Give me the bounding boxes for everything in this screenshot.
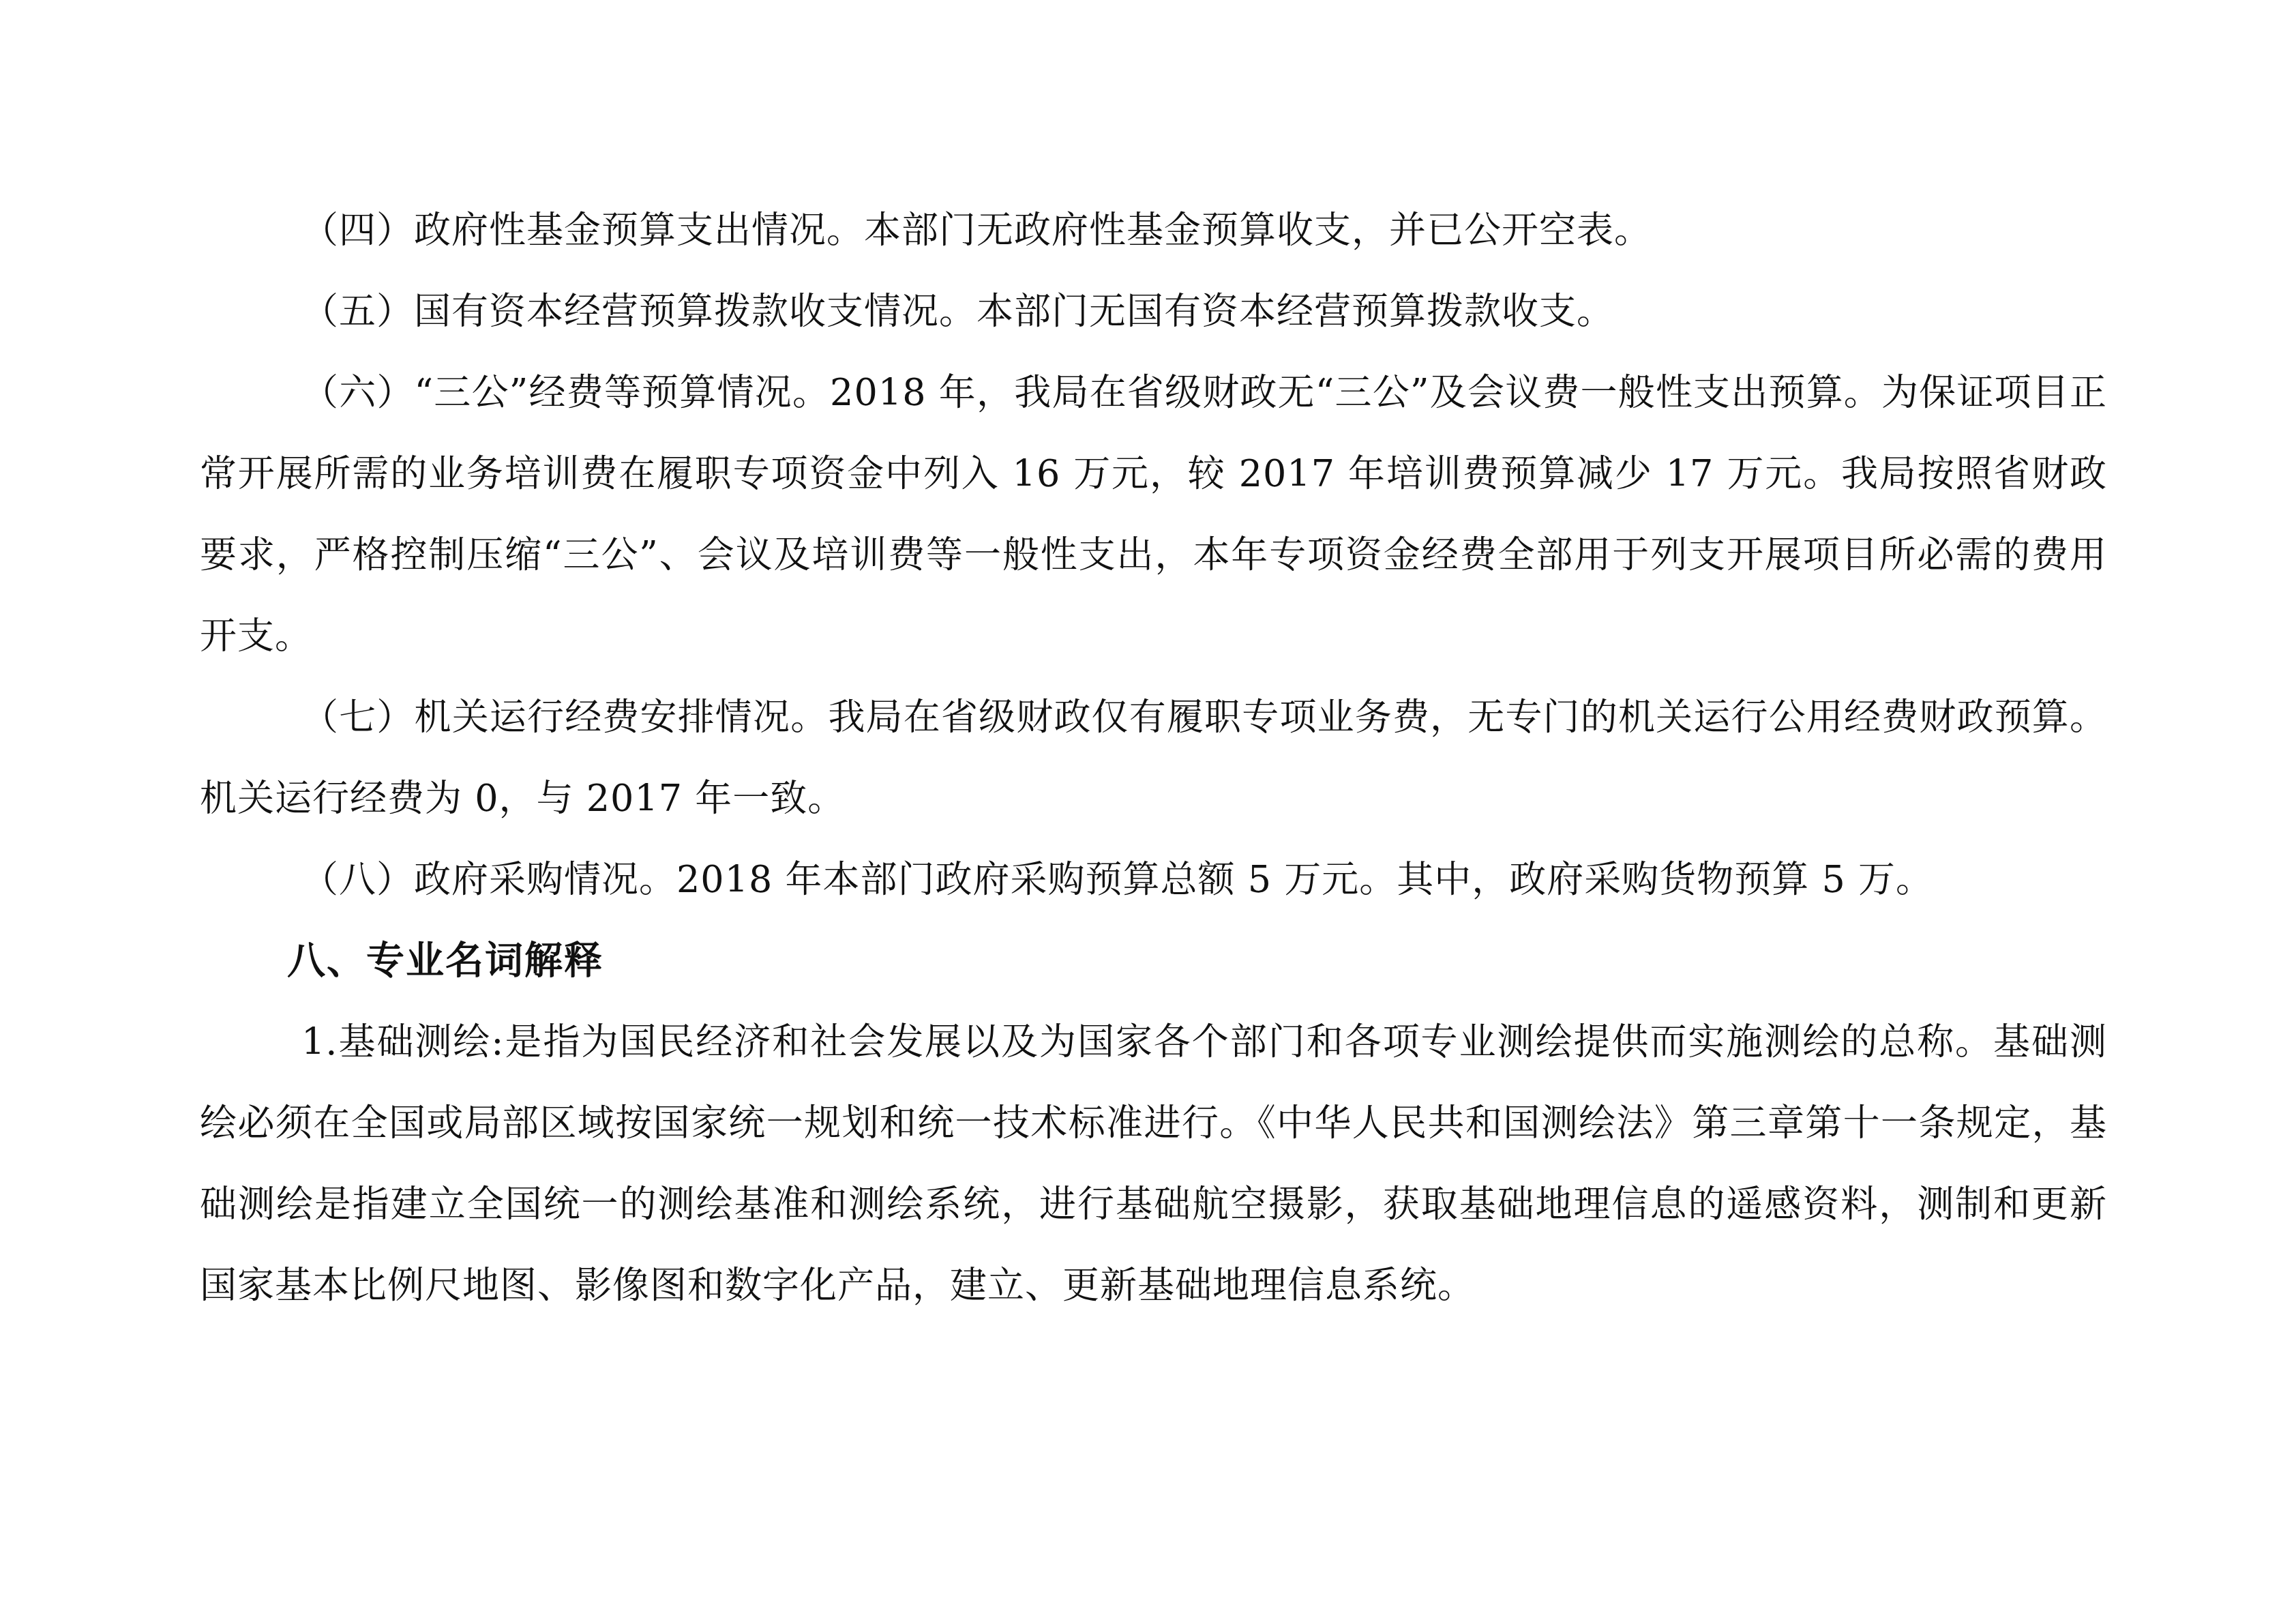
section-heading-terminology: 八、专业名词解释 <box>200 920 2107 1001</box>
paragraph-government-fund-budget: （四）政府性基金预算支出情况。本部门无政府性基金预算收支，并已公开空表。 <box>200 190 2107 271</box>
paragraph-three-public-expenses: （六）“三公”经费等预算情况。2018 年，我局在省级财政无“三公”及会议费一般… <box>200 352 2107 677</box>
term-basic-surveying: 1.基础测绘:是指为国民经济和社会发展以及为国家各个部门和各项专业测绘提供而实施… <box>200 1001 2107 1326</box>
paragraph-agency-operating-costs: （七）机关运行经费安排情况。我局在省级财政仅有履职专项业务费，无专门的机关运行公… <box>200 677 2107 839</box>
document-page: （四）政府性基金预算支出情况。本部门无政府性基金预算收支，并已公开空表。 （五）… <box>200 190 2107 1326</box>
paragraph-government-procurement: （八）政府采购情况。2018 年本部门政府采购预算总额 5 万元。其中，政府采购… <box>200 839 2107 920</box>
paragraph-state-capital-budget: （五）国有资本经营预算拨款收支情况。本部门无国有资本经营预算拨款收支。 <box>200 271 2107 352</box>
